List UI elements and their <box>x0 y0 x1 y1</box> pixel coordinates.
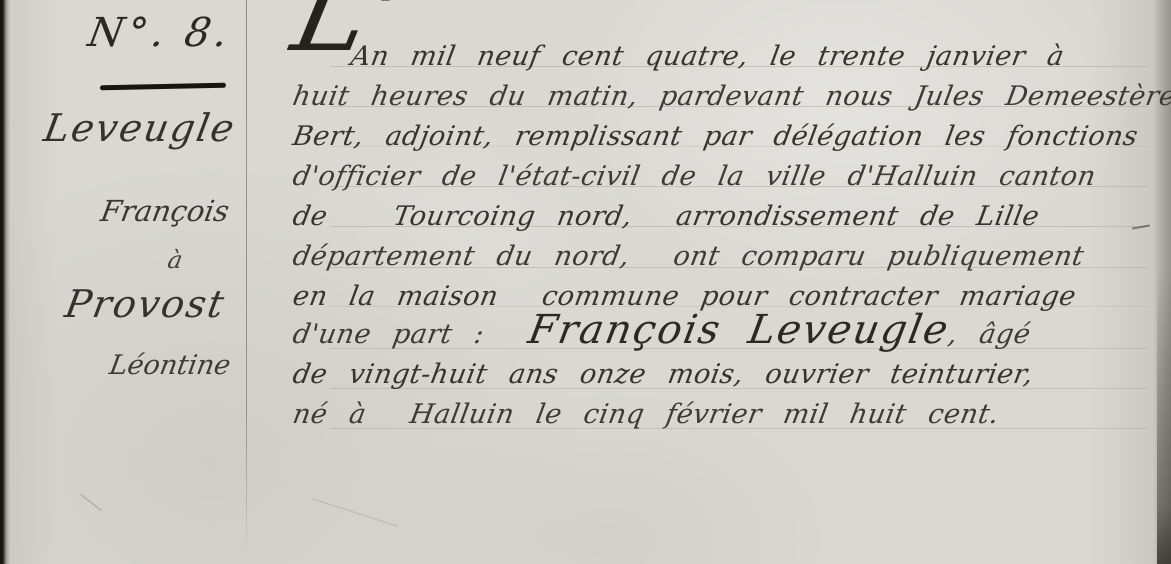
names-connector: à <box>166 246 185 274</box>
act-line: d'officier de l'état-civil de la ville d… <box>290 160 1099 194</box>
act-line: huit heures du matin, pardevant nous Jul… <box>290 80 1171 114</box>
groom-full-name: François Leveugle <box>525 307 953 353</box>
act-line: né à Halluin le cinq février mil huit ce… <box>290 398 1002 432</box>
act-number: N°. 8. <box>66 10 254 56</box>
act-line: département du nord, ont comparu publiqu… <box>290 240 1087 274</box>
bride-surname: Provost <box>34 282 257 326</box>
act-line: Bert, adjoint, remplissant par délégatio… <box>290 120 1141 154</box>
act-line: de vingt-huit ans onze mois, ouvrier tei… <box>290 358 1036 392</box>
bride-given-name: Léontine <box>82 350 257 381</box>
act-number-underline <box>100 83 226 91</box>
act-line-text: , âgé <box>946 319 1033 350</box>
groom-surname: Leveugle <box>26 106 254 150</box>
act-line: de Tourcoing nord, arrondissement de Lil… <box>290 200 1042 234</box>
groom-given-name: François <box>77 194 253 228</box>
act-line-text: An mil neuf cent quatre, le trente janvi… <box>348 41 1066 72</box>
act-line: An mil neuf cent quatre, le trente janvi… <box>348 40 1067 74</box>
act-line-text: d'une part : <box>290 319 530 350</box>
scanned-register-page: { "colors": { "paper": "#d9d8d3", "ink":… <box>0 0 1171 564</box>
margin-annotations: N°. 8. Leveugle François à Provost Léont… <box>0 0 250 564</box>
act-line: d'une part : François Leveugle, âgé <box>290 313 1034 352</box>
act-body: L' An mil neuf cent quatre, le trente ja… <box>290 0 1162 564</box>
